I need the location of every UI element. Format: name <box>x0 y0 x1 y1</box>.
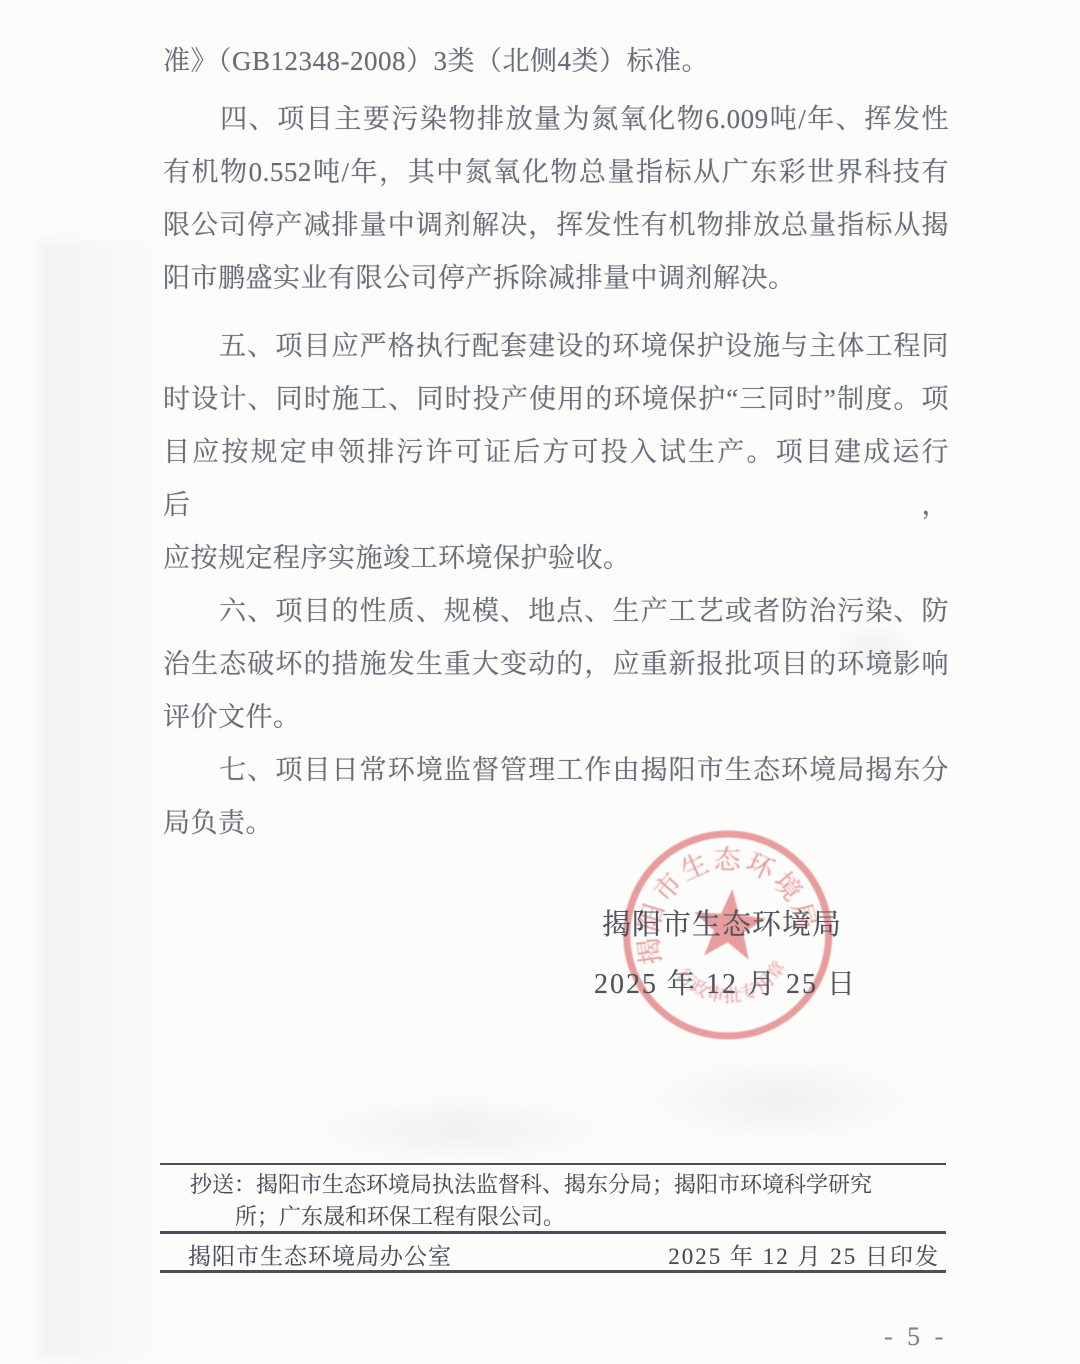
paragraph: 七、项目日常环境监督管理工作由揭阳市生态环境局揭东分局负责。 <box>163 744 949 850</box>
paragraph: 准》（GB12348-2008）3类（北侧4类）标准。 <box>163 35 949 88</box>
text-line: 目应按规定申领排污许可证后方可投入试生产。项目建成运行后， <box>163 426 949 532</box>
footer-divider-bottom <box>160 1270 946 1273</box>
issuing-office: 揭阳市生态环境局办公室 <box>160 1238 452 1271</box>
paragraph: 五、项目应严格执行配套建设的环境保护设施与主体工程同时设计、同时施工、同时投产使… <box>163 320 949 585</box>
paragraph: 四、项目主要污染物排放量为氮氧化物6.009吨/年、挥发性有机物0.552吨/年… <box>163 93 949 305</box>
scan-bleed-artifact <box>640 1055 920 1145</box>
scan-bleed-artifact <box>300 1095 620 1165</box>
print-date: 2025 年 12 月 25 日印发 <box>668 1238 946 1271</box>
page-number: - 5 - <box>884 1322 947 1352</box>
text-line: 治生态破坏的措施发生重大变动的，应重新报批项目的环境影响 <box>163 638 949 691</box>
cc-label: 抄送： <box>190 1172 256 1197</box>
footer-divider-top <box>160 1163 946 1165</box>
text-line: 应按规定程序实施竣工环境保护验收。 <box>163 532 949 585</box>
signature-date: 2025 年 12 月 25 日 <box>594 962 864 1002</box>
document-page: 准》（GB12348-2008）3类（北侧4类）标准。 四、项目主要污染物排放量… <box>0 0 1080 1364</box>
text-line: 七、项目日常环境监督管理工作由揭阳市生态环境局揭东分 <box>163 744 949 797</box>
text-line: 阳市鹏盛实业有限公司停产拆除减排量中调剂解决。 <box>163 252 949 305</box>
text-line: 有机物0.552吨/年，其中氮氧化物总量指标从广东彩世界科技有 <box>163 146 949 199</box>
issuer-row: 揭阳市生态环境局办公室 2025 年 12 月 25 日印发 <box>160 1238 946 1270</box>
text-line: 六、项目的性质、规模、地点、生产工艺或者防治污染、防 <box>163 585 949 638</box>
footer-divider-middle <box>160 1231 946 1234</box>
cc-line: 所；广东晟和环保工程有限公司。 <box>190 1201 950 1233</box>
paragraph: 六、项目的性质、规模、地点、生产工艺或者防治污染、防治生态破坏的措施发生重大变动… <box>163 585 949 744</box>
text-line: 评价文件。 <box>163 691 949 744</box>
text-line: 局负责。 <box>163 797 949 850</box>
text-line: 准》（GB12348-2008）3类（北侧4类）标准。 <box>163 35 949 88</box>
document-body: 准》（GB12348-2008）3类（北侧4类）标准。 四、项目主要污染物排放量… <box>163 35 949 850</box>
text-line: 四、项目主要污染物排放量为氮氧化物6.009吨/年、挥发性 <box>163 93 949 146</box>
issuing-agency-name: 揭阳市生态环境局 <box>602 902 852 943</box>
cc-block: 抄送：揭阳市生态环境局执法监督科、揭东分局；揭阳市环境科学研究 所；广东晟和环保… <box>190 1169 950 1233</box>
text-line: 时设计、同时施工、同时投产使用的环境保护“三同时”制度。项 <box>163 373 949 426</box>
text-line: 限公司停产减排量中调剂解决，挥发性有机物排放总量指标从揭 <box>163 199 949 252</box>
cc-line: 抄送：揭阳市生态环境局执法监督科、揭东分局；揭阳市环境科学研究 <box>190 1169 950 1201</box>
text-line: 五、项目应严格执行配套建设的环境保护设施与主体工程同 <box>163 320 949 373</box>
cc-recipients: 揭阳市生态环境局执法监督科、揭东分局；揭阳市环境科学研究 <box>256 1172 872 1197</box>
